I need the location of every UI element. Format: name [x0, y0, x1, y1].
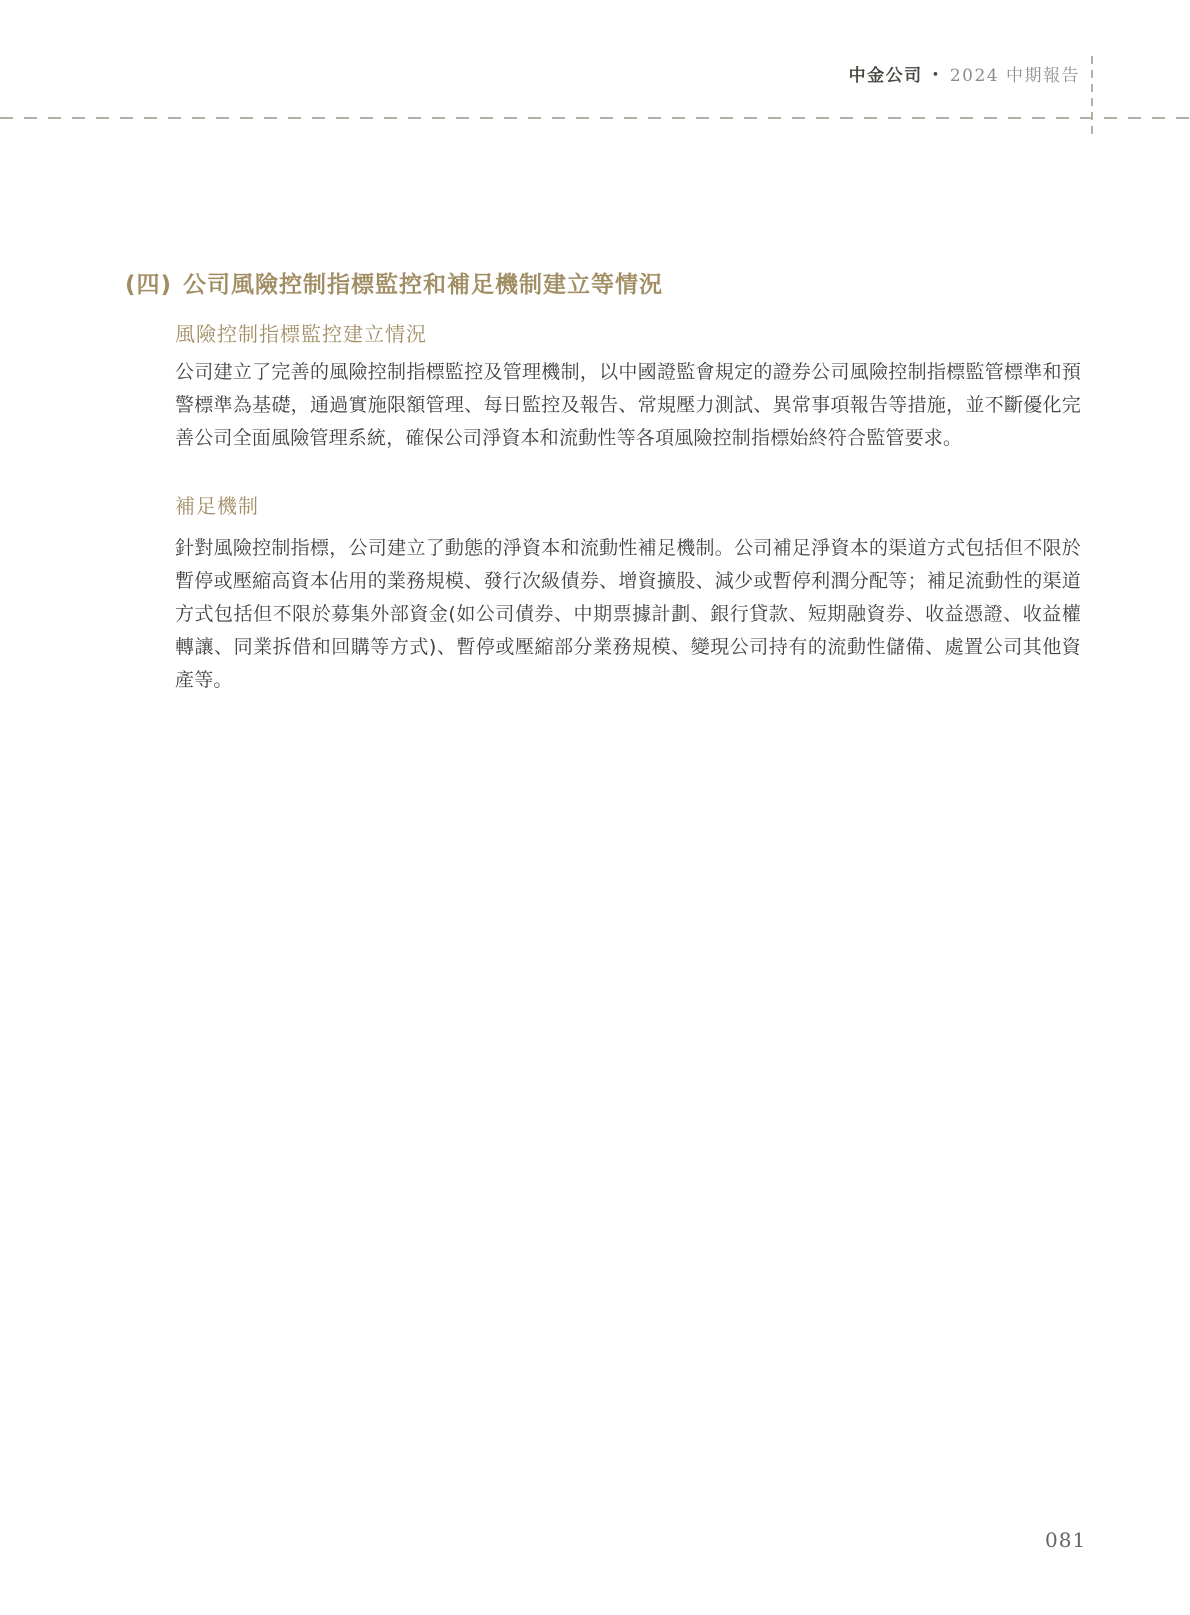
- section-heading: (四) 公司風險控制指標監控和補足機制建立等情況: [125, 266, 663, 299]
- header-report-title: 2024 中期報告: [950, 61, 1080, 86]
- section-title: 公司風險控制指標監控和補足機制建立等情況: [183, 266, 663, 299]
- horizontal-dashed-rule: [0, 117, 1190, 119]
- subsection-heading-risk-monitoring: 風險控制指標監控建立情況: [175, 318, 427, 347]
- subsection-body-replenishment-mechanism: 針對風險控制指標，公司建立了動態的淨資本和流動性補足機制。公司補足淨資本的渠道方…: [175, 532, 1081, 697]
- running-header: 中金公司 • 2024 中期報告: [849, 61, 1080, 86]
- vertical-dashed-rule: [1091, 56, 1093, 137]
- subsection-heading-replenishment-mechanism: 補足機制: [175, 490, 259, 519]
- report-page: 中金公司 • 2024 中期報告 (四) 公司風險控制指標監控和補足機制建立等情…: [0, 0, 1190, 1615]
- header-bullet-separator: •: [932, 68, 941, 83]
- section-number: (四): [125, 266, 172, 299]
- page-number: 081: [1045, 1528, 1086, 1552]
- header-company-name: 中金公司: [849, 61, 923, 86]
- subsection-body-risk-monitoring: 公司建立了完善的風險控制指標監控及管理機制，以中國證監會規定的證券公司風險控制指…: [175, 356, 1081, 455]
